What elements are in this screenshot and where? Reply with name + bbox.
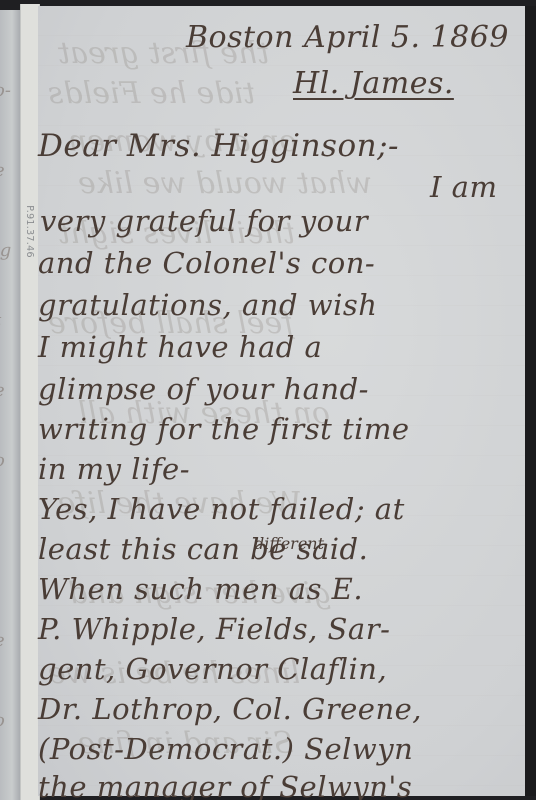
letter-street: Hl. James. (293, 66, 454, 101)
letter-place-date: Boston April 5. 1869 (186, 20, 509, 55)
letter-line: I am (430, 170, 497, 204)
letter-line: When such men as E. (38, 572, 363, 606)
left-sheet-fragment: e (0, 630, 20, 652)
left-sheet-fragment: o (0, 450, 20, 472)
letter-line: in my life- (38, 452, 190, 486)
letter-line: gent, Governor Claflin, (38, 652, 387, 686)
letter-line: gratulations, and wish (38, 288, 377, 322)
letter-line: (Post-Democrat.) Selwyn (38, 732, 413, 766)
left-sheet-fragment: e (0, 380, 20, 402)
previous-sheet-edge: o- e ig t e o - e o (0, 10, 20, 800)
letter-insertion: different (254, 534, 324, 553)
letter-salutation: Dear Mrs. Higginson;- (38, 128, 399, 164)
letter-line: glimpse of your hand- (38, 372, 369, 406)
left-sheet-fragment: o- (0, 80, 20, 102)
left-sheet-fragment: t (0, 310, 20, 332)
letter-line: Dr. Lothrop, Col. Greene, (38, 692, 422, 726)
letter-line: the manager of Selwyn's (38, 770, 412, 800)
page-right-edge (525, 6, 536, 796)
left-sheet-fragment: o (0, 710, 20, 732)
left-sheet-fragment: ig (0, 240, 20, 262)
letter-line: writing for the first time (38, 412, 410, 446)
letter-line: P. Whipple, Fields, Sar- (38, 612, 390, 646)
call-number: P.91.37.46 (20, 196, 38, 266)
letter-page: the first great tide he Fields on a by w… (38, 6, 525, 796)
left-sheet-fragment: - (0, 530, 20, 552)
letter-line: and the Colonel's con- (38, 246, 375, 280)
letter-line: Yes, I have not failed; at (38, 492, 405, 526)
left-sheet-fragment: e (0, 160, 20, 182)
letter-line: I might have had a (38, 330, 322, 364)
binding-strip (20, 4, 40, 800)
letter-line: very grateful for your (40, 204, 368, 238)
